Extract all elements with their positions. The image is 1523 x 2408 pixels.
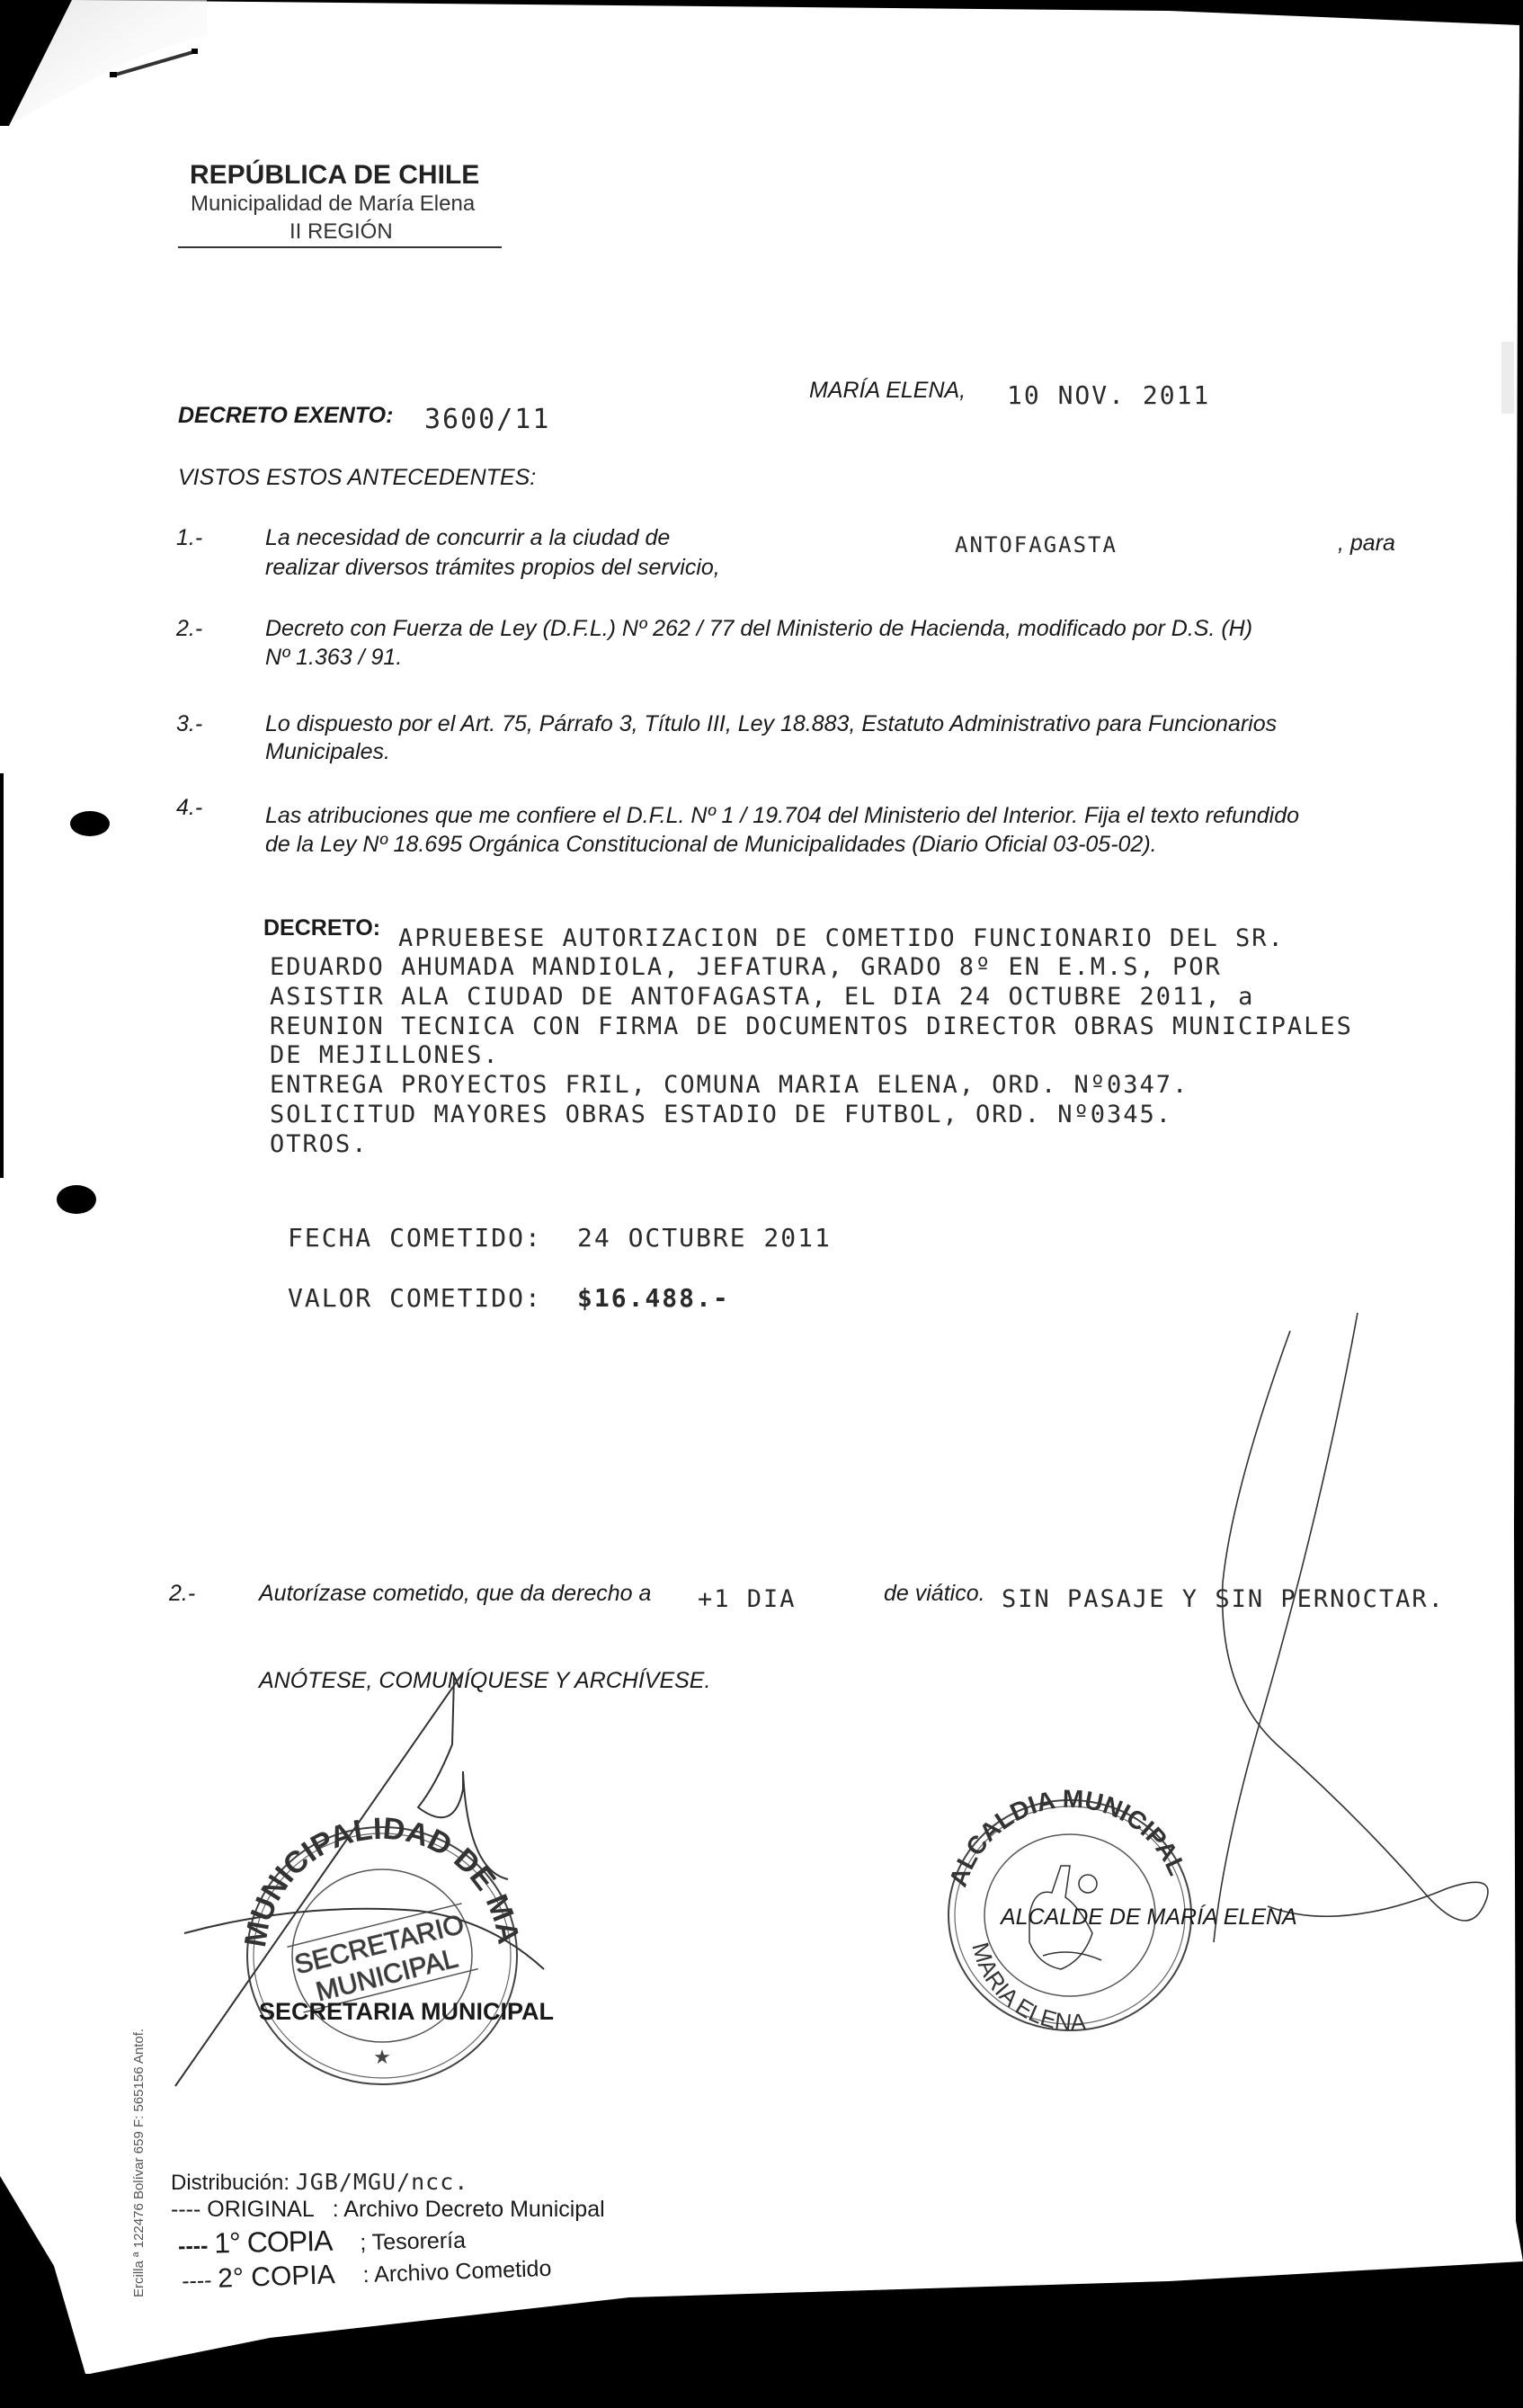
valor-cometido-value: $16.488.- bbox=[577, 1283, 730, 1313]
stamp-bottom-text: MARIA ELENA bbox=[966, 1940, 1087, 2036]
decree-number: 3600/11 bbox=[424, 404, 550, 435]
distribution-entry: ---- ORIGINAL : Archivo Decreto Municipa… bbox=[171, 2197, 605, 2223]
decreto-line: OTROS. bbox=[270, 1130, 369, 1158]
municipality-name: Municipalidad de María Elena bbox=[191, 192, 475, 217]
entry-dest: : Archivo Decreto Municipal bbox=[333, 2197, 605, 2222]
decreto-line: DE MEJILLONES. bbox=[270, 1041, 500, 1069]
punch-hole-top bbox=[70, 811, 110, 836]
punch-hole-bottom bbox=[57, 1185, 96, 1214]
entry-copy: ORIGINAL bbox=[207, 2197, 314, 2222]
item-number: 1.- bbox=[176, 525, 202, 551]
entry-dest: ; Tesorería bbox=[360, 2228, 466, 2255]
item-text: Decreto con Fuerza de Ley (D.F.L.) Nº 26… bbox=[265, 616, 1252, 642]
item-number: 2.- bbox=[169, 1581, 195, 1607]
mayor-signature bbox=[1124, 1313, 1501, 1960]
item-number: 3.- bbox=[176, 711, 202, 737]
item-number: 4.- bbox=[176, 795, 202, 821]
fecha-cometido-label: FECHA COMETIDO: bbox=[288, 1223, 542, 1253]
distribution-initials: JGB/MGU/ncc. bbox=[296, 2169, 469, 2195]
item-text-line2: Municipales. bbox=[265, 739, 390, 765]
distribution-entry: ---- 1° COPIA ; Tesorería bbox=[178, 2222, 467, 2261]
entry-prefix: ---- bbox=[178, 2234, 209, 2260]
country-heading: REPÚBLICA DE CHILE bbox=[190, 160, 479, 191]
authorization-text: Autorízase cometido, que da derecho a bbox=[259, 1581, 651, 1607]
item-text: Las atribuciones que me confiere el D.F.… bbox=[265, 803, 1299, 829]
item-text-line2: realizar diversos trámites propios del s… bbox=[265, 555, 720, 581]
place-label: MARÍA ELENA, bbox=[809, 378, 966, 404]
destination-city: ANTOFAGASTA bbox=[955, 532, 1118, 557]
entry-prefix: ---- bbox=[171, 2197, 200, 2222]
secretary-signature bbox=[166, 1663, 616, 2113]
decreto-label: DECRETO: bbox=[263, 915, 380, 941]
item-text-line2: de la Ley Nº 18.695 Orgánica Constitucio… bbox=[265, 832, 1157, 858]
entry-copy: 1° COPIA bbox=[214, 2225, 333, 2260]
decree-label-text: DECRETO EXENTO: bbox=[178, 403, 393, 428]
printer-imprint: Ercilla ª 122476 Bolívar 659 F: 565156 A… bbox=[131, 2029, 147, 2297]
viatico-label: de viático. bbox=[884, 1581, 985, 1607]
decree-date: 10 NOV. 2011 bbox=[1007, 380, 1210, 410]
decreto-line: REUNION TECNICA CON FIRMA DE DOCUMENTOS … bbox=[270, 1012, 1353, 1040]
decreto-line: ENTREGA PROYECTOS FRIL, COMUNA MARIA ELE… bbox=[270, 1071, 1189, 1099]
decreto-line: APRUEBESE AUTORIZACION DE COMETIDO FUNCI… bbox=[398, 924, 1285, 952]
entry-prefix: ---- bbox=[182, 2268, 212, 2294]
viatico-days: +1 DIA bbox=[698, 1585, 797, 1613]
secretary-title: SECRETARIA MUNICIPAL bbox=[259, 1998, 554, 2026]
decree-label: DECRETO EXENTO: bbox=[178, 403, 393, 429]
item-suffix: , para bbox=[1338, 531, 1395, 557]
letterhead-rule bbox=[178, 246, 502, 248]
region-name: II REGIÓN bbox=[289, 219, 393, 245]
decreto-line: ASISTIR ALA CIUDAD DE ANTOFAGASTA, EL DI… bbox=[270, 983, 1254, 1011]
distribution-label-text: Distribución: bbox=[171, 2171, 289, 2195]
item-text-line2: Nº 1.363 / 91. bbox=[265, 645, 402, 671]
decreto-line: SOLICITUD MAYORES OBRAS ESTADIO DE FUTBO… bbox=[270, 1101, 1172, 1128]
mayor-title: ALCALDE DE MARÍA ELENA bbox=[1001, 1904, 1297, 1931]
vistos-heading: VISTOS ESTOS ANTECEDENTES: bbox=[178, 465, 536, 491]
item-text: Lo dispuesto por el Art. 75, Párrafo 3, … bbox=[265, 711, 1277, 737]
entry-copy: 2° COPIA bbox=[218, 2260, 335, 2294]
valor-cometido-label: VALOR COMETIDO: bbox=[288, 1283, 542, 1313]
fecha-cometido-value: 24 OCTUBRE 2011 bbox=[577, 1223, 832, 1253]
decreto-line: EDUARDO AHUMADA MANDIOLA, JEFATURA, GRAD… bbox=[270, 953, 1222, 981]
item-number: 2.- bbox=[176, 616, 202, 642]
entry-dest: : Archivo Cometido bbox=[362, 2256, 552, 2288]
distribution-label: Distribución: JGB/MGU/ncc. bbox=[171, 2169, 468, 2196]
item-text: La necesidad de concurrir a la ciudad de bbox=[265, 525, 670, 551]
